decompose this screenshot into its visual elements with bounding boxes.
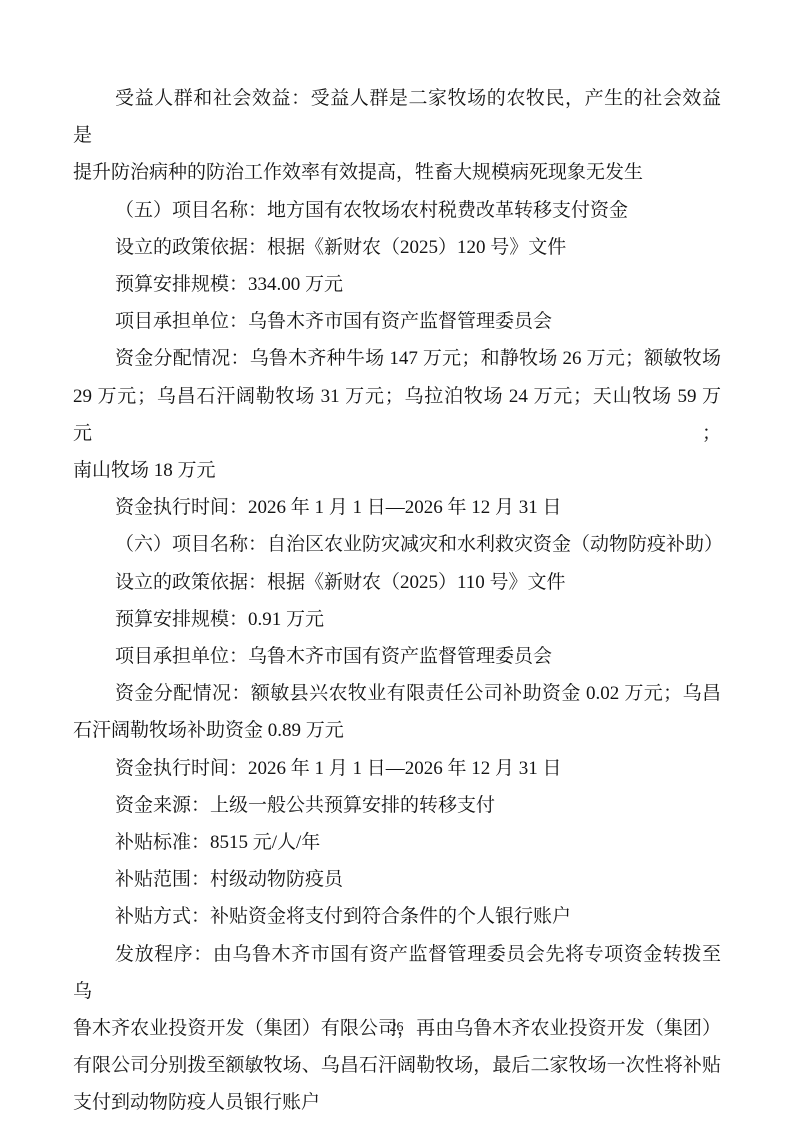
document-line: 项目承担单位：乌鲁木齐市国有资产监督管理委员会: [73, 638, 721, 675]
document-line: 资金执行时间：2026 年 1 月 1 日—2026 年 12 月 31 日: [73, 750, 721, 787]
document-line: 设立的政策依据：根据《新财农（2025）120 号》文件: [73, 229, 721, 266]
document-line: 支付到动物防疫人员银行账户: [73, 1084, 721, 1121]
document-body: 受益人群和社会效益：受益人群是二家牧场的农牧民，产生的社会效益是提升防治病种的防…: [73, 80, 721, 1122]
document-line: 发放程序：由乌鲁木齐市国有资产监督管理委员会先将专项资金转拨至乌: [73, 936, 721, 1010]
document-line: 资金分配情况：额敏县兴农牧业有限责任公司补助资金 0.02 万元；乌昌: [73, 675, 721, 712]
page-number: 26: [390, 1020, 404, 1035]
document-line: 预算安排规模：334.00 万元: [73, 266, 721, 303]
document-line: 补贴方式：补贴资金将支付到符合条件的个人银行账户: [73, 898, 721, 935]
document-line: 提升防治病种的防治工作效率有效提高，牲畜大规模病死现象无发生: [73, 154, 721, 191]
document-line: 项目承担单位：乌鲁木齐市国有资产监督管理委员会: [73, 303, 721, 340]
document-line: 石汗阔勒牧场补助资金 0.89 万元: [73, 712, 721, 749]
document-line: 有限公司分别拨至额敏牧场、乌昌石汗阔勒牧场，最后二家牧场一次性将补贴: [73, 1047, 721, 1084]
document-line: 资金来源：上级一般公共预算安排的转移支付: [73, 787, 721, 824]
document-line: （六）项目名称：自治区农业防灾减灾和水利救灾资金（动物防疫补助）: [73, 526, 721, 563]
document-line: 受益人群和社会效益：受益人群是二家牧场的农牧民，产生的社会效益是: [73, 80, 721, 154]
document-line: （五）项目名称：地方国有农牧场农村税费改革转移支付资金: [73, 192, 721, 229]
document-page: 受益人群和社会效益：受益人群是二家牧场的农牧民，产生的社会效益是提升防治病种的防…: [0, 0, 793, 1122]
document-line: 补贴标准：8515 元/人/年: [73, 824, 721, 861]
document-line: 补贴范围：村级动物防疫员: [73, 861, 721, 898]
document-line: 资金分配情况：乌鲁木齐种牛场 147 万元；和静牧场 26 万元；额敏牧场: [73, 340, 721, 377]
page-footer: 26: [0, 1018, 793, 1036]
document-line: 预算安排规模：0.91 万元: [73, 601, 721, 638]
document-line: 设立的政策依据：根据《新财农（2025）110 号》文件: [73, 564, 721, 601]
document-line: 南山牧场 18 万元: [73, 452, 721, 489]
document-line: 29 万元；乌昌石汗阔勒牧场 31 万元；乌拉泊牧场 24 万元；天山牧场 59…: [73, 378, 721, 452]
document-line: 资金执行时间：2026 年 1 月 1 日—2026 年 12 月 31 日: [73, 489, 721, 526]
